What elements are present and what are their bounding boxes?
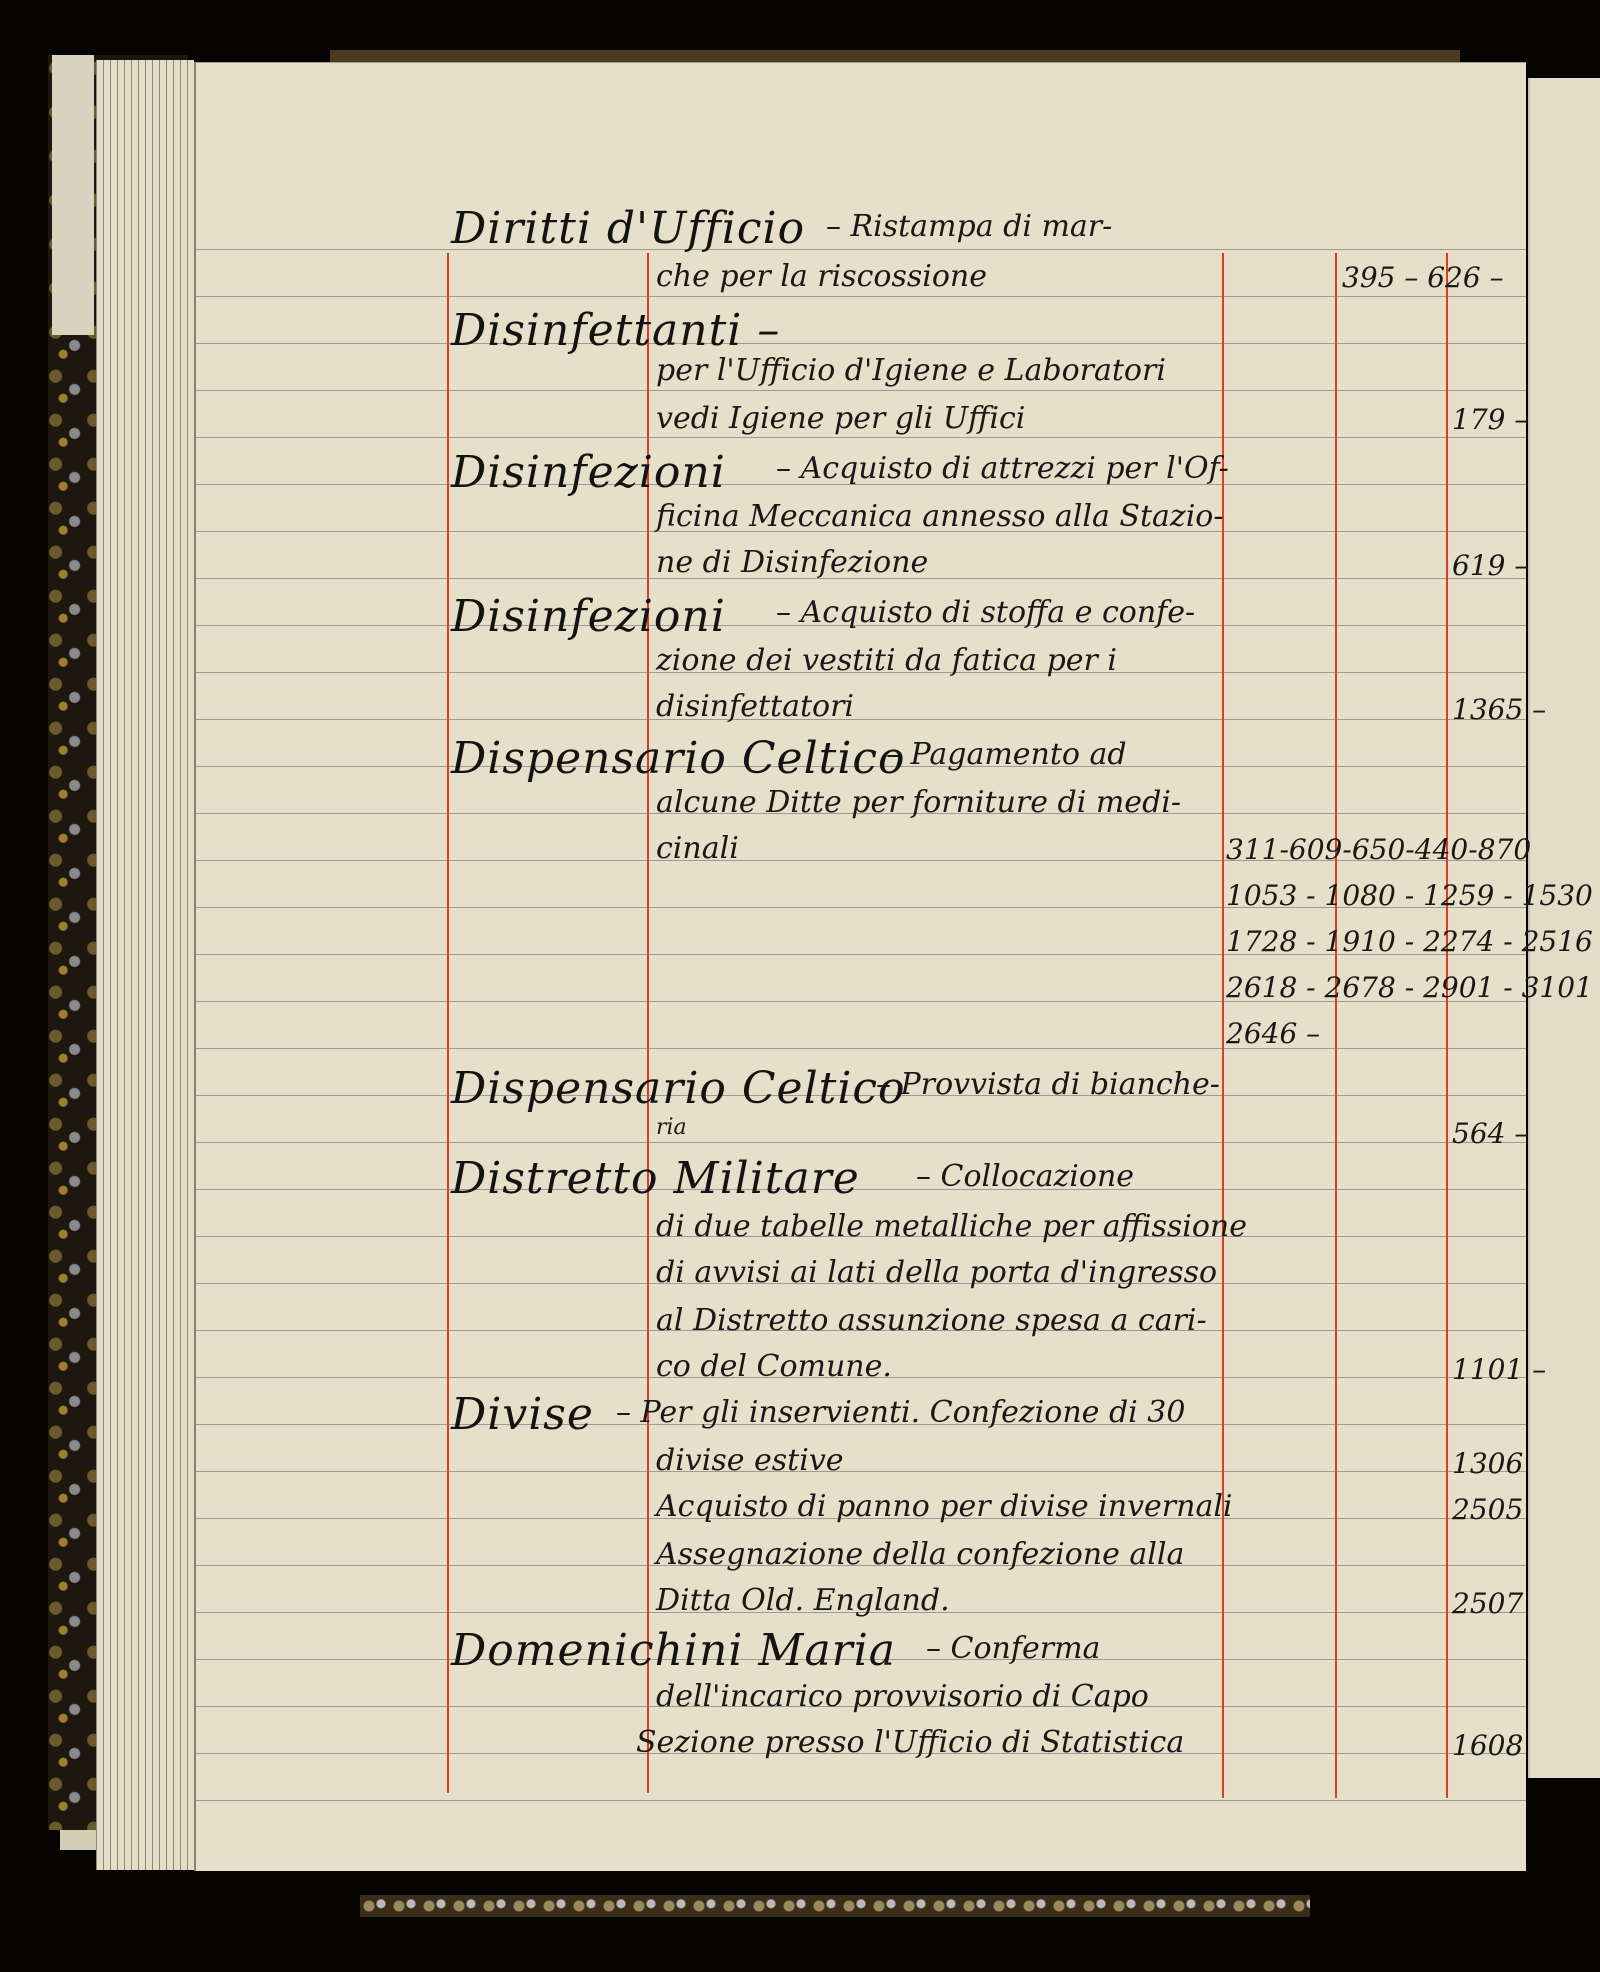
ruled-line [196, 296, 1526, 297]
ref-number: 2678 [1325, 971, 1396, 1004]
entry-line: ne di Disinfezione [656, 545, 928, 580]
column-line-refs-3 [1446, 253, 1448, 1798]
ref-number: 179 – [1452, 403, 1528, 436]
entry-heading: Diritti d'Ufficio [451, 203, 805, 254]
entry-line: Ditta Old. England. [656, 1583, 950, 1618]
entry-line: per l'Ufficio d'Igiene e Laboratori [656, 353, 1166, 388]
entry-line: – Per gli inservienti. Confezione di 30 [616, 1395, 1185, 1430]
entry-line: al Distretto assunzione spesa a cari- [656, 1303, 1207, 1338]
ref-number: 395 – 626 – [1342, 261, 1504, 294]
ref-number: 1101 – [1452, 1353, 1546, 1386]
entry-heading: Disinfettanti – [451, 305, 780, 356]
ruled-line [196, 1142, 1526, 1143]
ref-number: 650 [1352, 833, 1405, 866]
entry-line: – Acquisto di stoffa e confe- [776, 595, 1195, 630]
ref-number: 2646 [1226, 1017, 1297, 1050]
ref-number: 870 [1478, 833, 1531, 866]
entry-heading: Disinfezioni [451, 591, 726, 642]
entry-heading: Divise [451, 1389, 594, 1440]
marbled-cover-bottom-edge [360, 1895, 1310, 1917]
ref-number: 2516 [1522, 925, 1593, 958]
ref-number: 2901 [1423, 971, 1494, 1004]
endpaper [52, 55, 94, 335]
ref-number: 1259 [1423, 879, 1494, 912]
ref-number-row: 2618 - 2678 - 2901 - 3101 [1226, 971, 1593, 1004]
ref-number: 1306 [1452, 1447, 1523, 1480]
entry-line: ria [656, 1115, 687, 1140]
entry-line: che per la riscossione [656, 259, 987, 294]
entry-line: co del Comune. [656, 1349, 892, 1384]
entry-heading: Disinfezioni [451, 447, 726, 498]
ruled-line [196, 343, 1526, 344]
ruled-line [196, 1800, 1526, 1801]
ruled-line [196, 437, 1526, 438]
ref-number: 1608 [1452, 1729, 1523, 1762]
ruled-line [196, 719, 1526, 720]
ruled-line [196, 390, 1526, 391]
entry-line: – Ristampa di mar- [826, 209, 1112, 244]
ref-number-row: 1053 - 1080 - 1259 - 1530 [1226, 879, 1593, 912]
ledger-page: Diritti d'Ufficio – Ristampa di mar- che… [194, 62, 1526, 1871]
page-stack-edges [96, 60, 194, 1870]
entry-line: – Acquisto di attrezzi per l'Of- [776, 451, 1229, 486]
entry-line: di due tabelle metalliche per affissione [656, 1209, 1247, 1244]
ref-number: 2505 [1452, 1493, 1523, 1526]
ref-number: 1080 [1325, 879, 1396, 912]
entry-line: Acquisto di panno per divise invernali [656, 1489, 1233, 1524]
entry-line: divise estive [656, 1443, 844, 1478]
entry-line: di avvisi ai lati della porta d'ingresso [656, 1255, 1217, 1290]
entry-line: zione dei vestiti da fatica per i [656, 643, 1117, 678]
entry-line: – Pagamento ad [886, 737, 1127, 772]
ref-number: 1053 [1226, 879, 1297, 912]
ref-number: 619 – [1452, 549, 1528, 582]
ruled-line [196, 1189, 1526, 1190]
entry-line: Assegnazione della confezione alla [656, 1537, 1184, 1572]
entry-heading: Domenichini Maria [451, 1625, 896, 1676]
ref-number: 440 [1415, 833, 1468, 866]
entry-line: ficina Meccanica annesso alla Stazio- [656, 499, 1224, 534]
ref-number: 1365 – [1452, 693, 1546, 726]
ref-number: 311 [1226, 833, 1279, 866]
entry-line: disinfettatori [656, 689, 854, 724]
ruled-line [196, 1471, 1526, 1472]
entry-line: cinali [656, 831, 739, 866]
ref-number: 3101 [1522, 971, 1593, 1004]
ref-number: 311-609-650-440-870 [1226, 833, 1531, 866]
entry-line: – Collocazione [916, 1159, 1134, 1194]
entry-line: – Provvista di bianche- [876, 1067, 1220, 1102]
entry-heading: Dispensario Celtico [451, 1063, 906, 1114]
column-line-refs-2 [1335, 253, 1337, 1798]
ruled-line [196, 249, 1526, 250]
ref-number-row: 1728 - 1910 - 2274 - 2516 [1226, 925, 1593, 958]
entry-line: Sezione presso l'Ufficio di Statistica [636, 1725, 1184, 1760]
entry-line: – Conferma [926, 1631, 1100, 1666]
ref-number: 1910 [1325, 925, 1396, 958]
ref-number: 2618 [1226, 971, 1297, 1004]
entry-line: vedi Igiene per gli Uffici [656, 401, 1025, 436]
ref-number: 564 – [1452, 1117, 1528, 1150]
ref-number: 609 [1289, 833, 1342, 866]
entry-line: dell'incarico provvisorio di Capo [656, 1679, 1149, 1714]
entry-heading: Dispensario Celtico [451, 733, 906, 784]
ref-number: 1530 [1522, 879, 1593, 912]
entry-line: alcune Ditte per forniture di medi- [656, 785, 1181, 820]
ruled-line [196, 1048, 1526, 1049]
entry-heading: Distretto Militare [451, 1153, 860, 1204]
ref-number-row: 2646 – [1226, 1017, 1320, 1050]
ref-number: 2507 [1452, 1587, 1523, 1620]
margin-line-left [447, 253, 449, 1793]
ref-number: 2274 [1423, 925, 1494, 958]
ref-number: 1728 [1226, 925, 1297, 958]
